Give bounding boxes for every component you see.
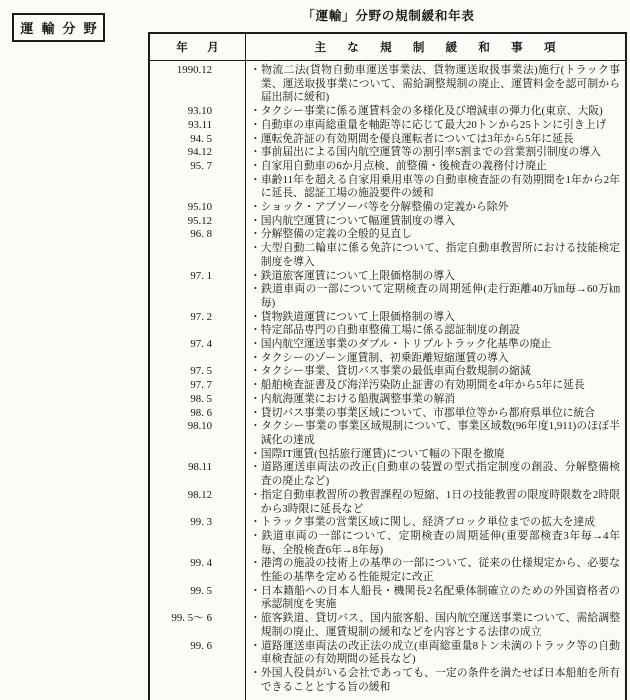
row-item: ・船舶検査証書及び海洋汚染防止証書の有効期間を4年から5年に延長 bbox=[245, 379, 625, 393]
table-row: 97. 2・貨物鉄道運賃について上限価格制の導入 bbox=[150, 311, 625, 325]
table-row: 98.10・タクシー事業の事業区域規制について、事業区域数(96年度1,911)… bbox=[150, 420, 625, 447]
row-date: 93.11 bbox=[150, 119, 245, 133]
row-date: 98. 5 bbox=[150, 393, 245, 407]
row-date: 99. 5 bbox=[150, 585, 245, 599]
row-date: 97. 5 bbox=[150, 365, 245, 379]
row-item: ・道路運送車両法の改正法の成立(車両総重量8トン未満のトラック等の自動車検査証の… bbox=[245, 640, 625, 667]
row-item: ・鉄道車両の一部について、定期検査の周期延伸(重要部検査3年毎→4年毎、全般検査… bbox=[245, 530, 625, 557]
document-page: 運輸分野 「運輸」分野の規制緩和年表 年月 主な規制緩和事項 1990.12・物… bbox=[0, 0, 630, 700]
row-item: ・国際IT運賃(包括旅行運賃)について幅の下限を撤廃 bbox=[245, 448, 625, 462]
table-row: 1990.12・物流二法(貨物自動車運送事業法、貨物運送取扱事業法)施行(トラッ… bbox=[150, 64, 625, 105]
table-row: 97. 5・タクシー事業、貸切バス事業の最低車両台数規制の縮減 bbox=[150, 365, 625, 379]
table-row: 97. 4・国内航空運送事業のダブル・トリプルトラック化基準の廃止 bbox=[150, 338, 625, 352]
table-row: 94.12・事前届出による国内航空運賃等の割引率5割までの営業割引制度の導入 bbox=[150, 146, 625, 160]
row-date: 97. 1 bbox=[150, 270, 245, 284]
table-row: ・鉄道車両の一部について、定期検査の周期延伸(重要部検査3年毎→4年毎、全般検査… bbox=[150, 530, 625, 557]
row-item: ・大型自動二輪車に係る免許について、指定自動車教習所における技能検定制度を導入 bbox=[245, 242, 625, 269]
table-row: 98. 6・貸切バス事業の事業区域について、市郡単位等から都府県単位に統合 bbox=[150, 407, 625, 421]
row-date: 99. 6 bbox=[150, 640, 245, 654]
table-row: 97. 1・鉄道旅客運賃について上限価格制の導入 bbox=[150, 270, 625, 284]
table-row: 95.10・ショック・アブソーバ等を分解整備の定義から除外 bbox=[150, 201, 625, 215]
row-item: ・貸切バス事業の事業区域について、市郡単位等から都府県単位に統合 bbox=[245, 407, 625, 421]
row-date: 94. 5 bbox=[150, 133, 245, 147]
row-item: ・タクシー事業に係る運賃料金の多様化及び増減車の弾力化(東京、大阪) bbox=[245, 105, 625, 119]
table-row: ・車齢11年を超える自家用乗用車等の自動車検査証の有効期間を1年から2年に延長、… bbox=[150, 174, 625, 201]
regulation-table: 年月 主な規制緩和事項 1990.12・物流二法(貨物自動車運送事業法、貨物運送… bbox=[148, 32, 627, 700]
row-date: 98.12 bbox=[150, 489, 245, 503]
row-date: 95. 7 bbox=[150, 160, 245, 174]
table-row: ・国際IT運賃(包括旅行運賃)について幅の下限を撤廃 bbox=[150, 448, 625, 462]
row-item: ・自家用自動車の6か月点検、前整備・後検査の義務付け廃止 bbox=[245, 160, 625, 174]
row-date: 99. 3 bbox=[150, 516, 245, 530]
row-date: 1990.12 bbox=[150, 64, 245, 78]
row-item: ・ショック・アブソーバ等を分解整備の定義から除外 bbox=[245, 201, 625, 215]
row-date: 98.11 bbox=[150, 461, 245, 475]
row-date: 97. 4 bbox=[150, 338, 245, 352]
table-row: ・特定部品専門の自動車整備工場に係る認証制度の創設 bbox=[150, 324, 625, 338]
row-item: ・タクシーのゾーン運賃制、初乗距離短縮運賃の導入 bbox=[245, 352, 625, 366]
table-row: ・外国人役員がいる会社であっても、一定の条件を満たせば日本船舶を所有できることと… bbox=[150, 667, 625, 694]
row-item: ・タクシー事業、貸切バス事業の最低車両台数規制の縮減 bbox=[245, 365, 625, 379]
row-item: ・道路運送車両法の改正(自動車の装置の型式指定制度の創設、分解整備検査の廃止など… bbox=[245, 461, 625, 488]
table-row: 98. 5・内航海運業における船腹調整事業の解消 bbox=[150, 393, 625, 407]
row-item: ・指定自動車教習所の教習課程の短縮、1日の技能教習の限度時限数を2時限から3時限… bbox=[245, 489, 625, 516]
row-date: 97. 7 bbox=[150, 379, 245, 393]
row-item: ・内航海運業における船腹調整事業の解消 bbox=[245, 393, 625, 407]
row-date: 99. 4 bbox=[150, 557, 245, 571]
row-date: 93.10 bbox=[150, 105, 245, 119]
header-date-column: 年月 bbox=[150, 39, 245, 55]
table-row: 98.11・道路運送車両法の改正(自動車の装置の型式指定制度の創設、分解整備検査… bbox=[150, 461, 625, 488]
row-item: ・運転免許証の有効期間を優良運転者については3年から5年に延長 bbox=[245, 133, 625, 147]
table-row: ・タクシーのゾーン運賃制、初乗距離短縮運賃の導入 bbox=[150, 352, 625, 366]
table-row: 99. 5〜 6・旅客鉄道、貸切バス、国内旅客船、国内航空運送事業について、需給… bbox=[150, 612, 625, 639]
row-item: ・国内航空運賃について幅運賃制度の導入 bbox=[245, 215, 625, 229]
table-row: ・鉄道車両の一部について定期検査の周期延伸(走行距離40万㎞毎→60万㎞毎) bbox=[150, 283, 625, 310]
table-row: 99. 3・トラック事業の営業区域に関し、経済ブロック単位までの拡大を達成 bbox=[150, 516, 625, 530]
row-date: 98.10 bbox=[150, 420, 245, 434]
row-date: 99. 5〜 6 bbox=[150, 612, 245, 626]
row-date: 97. 2 bbox=[150, 311, 245, 325]
table-row: 93.10・タクシー事業に係る運賃料金の多様化及び増減車の弾力化(東京、大阪) bbox=[150, 105, 625, 119]
table-row: 93.11・自動車の車両総重量を軸距等に応じて最大20トンから25トンに引き上げ bbox=[150, 119, 625, 133]
row-item: ・物流二法(貨物自動車運送事業法、貨物運送取扱事業法)施行(トラック事業、運送取… bbox=[245, 64, 625, 105]
table-header-row: 年月 主な規制緩和事項 bbox=[150, 34, 625, 61]
row-item: ・鉄道旅客運賃について上限価格制の導入 bbox=[245, 270, 625, 284]
header-items-column: 主な規制緩和事項 bbox=[245, 39, 625, 55]
row-item: ・旅客鉄道、貸切バス、国内旅客船、国内航空運送事業について、需給調整規制の廃止、… bbox=[245, 612, 625, 639]
table-row: 94. 5・運転免許証の有効期間を優良運転者については3年から5年に延長 bbox=[150, 133, 625, 147]
table-row: 99. 5・日本籍船への日本人船長・機関長2名配乗体制確立のための外国資格者の承… bbox=[150, 585, 625, 612]
table-row: ・大型自動二輪車に係る免許について、指定自動車教習所における技能検定制度を導入 bbox=[150, 242, 625, 269]
table-row: 95.12・国内航空運賃について幅運賃制度の導入 bbox=[150, 215, 625, 229]
row-item: ・外国人役員がいる会社であっても、一定の条件を満たせば日本船舶を所有できることと… bbox=[245, 667, 625, 694]
table-row: 99. 4・港湾の施設の技術上の基準の一部について、従来の仕様規定から、必要な性… bbox=[150, 557, 625, 584]
page-title: 「運輸」分野の規制緩和年表 bbox=[150, 6, 627, 24]
row-item: ・タクシー事業の事業区域規制について、事業区域数(96年度1,911)のほぼ半減… bbox=[245, 420, 625, 447]
table-body: 1990.12・物流二法(貨物自動車運送事業法、貨物運送取扱事業法)施行(トラッ… bbox=[150, 61, 625, 700]
table-row: 98.12・指定自動車教習所の教習課程の短縮、1日の技能教習の限度時限数を2時限… bbox=[150, 489, 625, 516]
table-row: 95. 7・自家用自動車の6か月点検、前整備・後検査の義務付け廃止 bbox=[150, 160, 625, 174]
row-date: 95.10 bbox=[150, 201, 245, 215]
row-item: ・貨物鉄道運賃について上限価格制の導入 bbox=[245, 311, 625, 325]
sector-label: 運輸分野 bbox=[20, 18, 104, 37]
row-item: ・日本籍船への日本人船長・機関長2名配乗体制確立のための外国資格者の承認制度を実… bbox=[245, 585, 625, 612]
column-divider bbox=[245, 34, 246, 700]
table-row: 96. 8・分解整備の定義の全般的見直し bbox=[150, 228, 625, 242]
sector-label-box: 運輸分野 bbox=[12, 13, 105, 42]
table-row: 97. 7・船舶検査証書及び海洋汚染防止証書の有効期間を4年から5年に延長 bbox=[150, 379, 625, 393]
row-item: ・鉄道車両の一部について定期検査の周期延伸(走行距離40万㎞毎→60万㎞毎) bbox=[245, 283, 625, 310]
row-date: 98. 6 bbox=[150, 407, 245, 421]
row-item: ・自動車の車両総重量を軸距等に応じて最大20トンから25トンに引き上げ bbox=[245, 119, 625, 133]
row-item: ・港湾の施設の技術上の基準の一部について、従来の仕様規定から、必要な性能の基準を… bbox=[245, 557, 625, 584]
row-item: ・トラック事業の営業区域に関し、経済ブロック単位までの拡大を達成 bbox=[245, 516, 625, 530]
row-date: 94.12 bbox=[150, 146, 245, 160]
table-row: 99. 6・道路運送車両法の改正法の成立(車両総重量8トン未満のトラック等の自動… bbox=[150, 640, 625, 667]
row-item: ・事前届出による国内航空運賃等の割引率5割までの営業割引制度の導入 bbox=[245, 146, 625, 160]
row-date: 95.12 bbox=[150, 215, 245, 229]
row-date: 96. 8 bbox=[150, 228, 245, 242]
row-item: ・車齢11年を超える自家用乗用車等の自動車検査証の有効期間を1年から2年に延長、… bbox=[245, 174, 625, 201]
row-item: ・特定部品専門の自動車整備工場に係る認証制度の創設 bbox=[245, 324, 625, 338]
row-item: ・国内航空運送事業のダブル・トリプルトラック化基準の廃止 bbox=[245, 338, 625, 352]
row-item: ・分解整備の定義の全般的見直し bbox=[245, 228, 625, 242]
